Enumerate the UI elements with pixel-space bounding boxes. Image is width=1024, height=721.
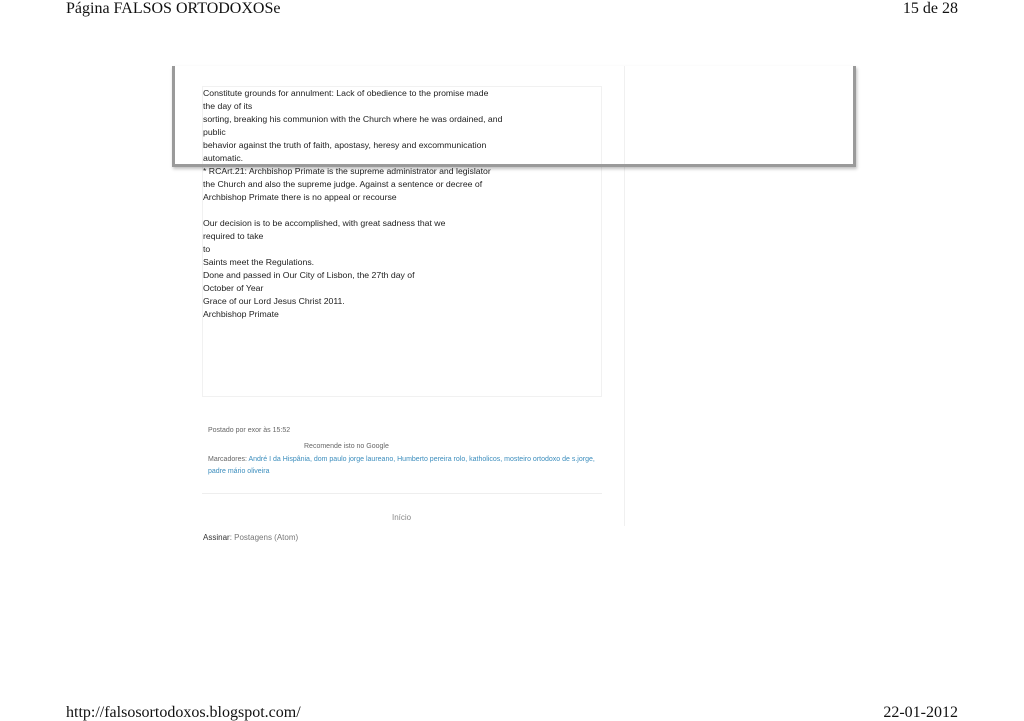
post-body-line: the day of its: [203, 100, 603, 113]
print-header: Página FALSOS ORTODOXOSe 15 de 28: [66, 0, 958, 18]
post-byline: Postado por exor às 15:52: [208, 425, 600, 437]
post-body-line: Saints meet the Regulations.: [203, 256, 603, 269]
labels-list: André I da Hispânia, dom paulo jorge lau…: [208, 456, 595, 475]
post-body-line: Done and passed in Our City of Lisbon, t…: [203, 269, 603, 282]
print-date: 22-01-2012: [883, 704, 958, 721]
post-footer: Postado por exor às 15:52 Recomende isto…: [208, 425, 600, 478]
label-link[interactable]: mosteiro ortodoxo de s.jorge: [504, 456, 593, 463]
label-link[interactable]: padre mário oliveira: [208, 468, 269, 475]
post-body-line: Archbishop Primate: [203, 308, 603, 321]
post-body-line: Constitute grounds for annulment: Lack o…: [203, 87, 603, 100]
post-body-line: required to take: [203, 230, 603, 243]
label-link[interactable]: katholicos: [469, 456, 500, 463]
post-body-line: Archbishop Primate there is no appeal or…: [203, 191, 603, 204]
post-body-line: Grace of our Lord Jesus Christ 2011.: [203, 295, 603, 308]
label-link[interactable]: dom paulo jorge laureano: [314, 456, 393, 463]
sidebar-divider: [624, 66, 625, 526]
page-title: Página FALSOS ORTODOXOSe: [66, 0, 280, 18]
post-body-line: [203, 204, 603, 217]
post-body-line: the Church and also the supreme judge. A…: [203, 178, 603, 191]
post-body-line: to: [203, 243, 603, 256]
post-body-line: * RCArt.21: Archbishop Primate is the su…: [203, 165, 603, 178]
post-body-line: automatic.: [203, 152, 603, 165]
page-url: http://falsosortodoxos.blogspot.com/: [66, 704, 301, 721]
footer-divider: [202, 493, 602, 494]
label-link[interactable]: Humberto pereira rolo: [397, 456, 465, 463]
subscribe-label: Assinar: [203, 533, 230, 542]
home-link[interactable]: Início: [392, 513, 411, 522]
post-body-line: behavior against the truth of faith, apo…: [203, 139, 603, 152]
post-labels: Marcadores: André I da Hispânia, dom pau…: [208, 454, 600, 478]
post-body-line: sorting, breaking his communion with the…: [203, 113, 603, 126]
print-footer: http://falsosortodoxos.blogspot.com/ 22-…: [66, 704, 958, 721]
page-indicator: 15 de 28: [903, 0, 958, 18]
label-link[interactable]: André I da Hispânia: [248, 456, 309, 463]
labels-prefix: Marcadores:: [208, 456, 248, 463]
subscribe-section: Assinar: Postagens (Atom): [203, 533, 298, 542]
label-separator: ,: [593, 456, 595, 463]
google-recommend-link[interactable]: Recomende isto no Google: [208, 441, 600, 453]
atom-feed-link[interactable]: Postagens (Atom): [234, 533, 298, 542]
post-body-line: October of Year: [203, 282, 603, 295]
post-body-line: Our decision is to be accomplished, with…: [203, 217, 603, 230]
post-body-line: public: [203, 126, 603, 139]
post-body: Constitute grounds for annulment: Lack o…: [203, 87, 603, 321]
